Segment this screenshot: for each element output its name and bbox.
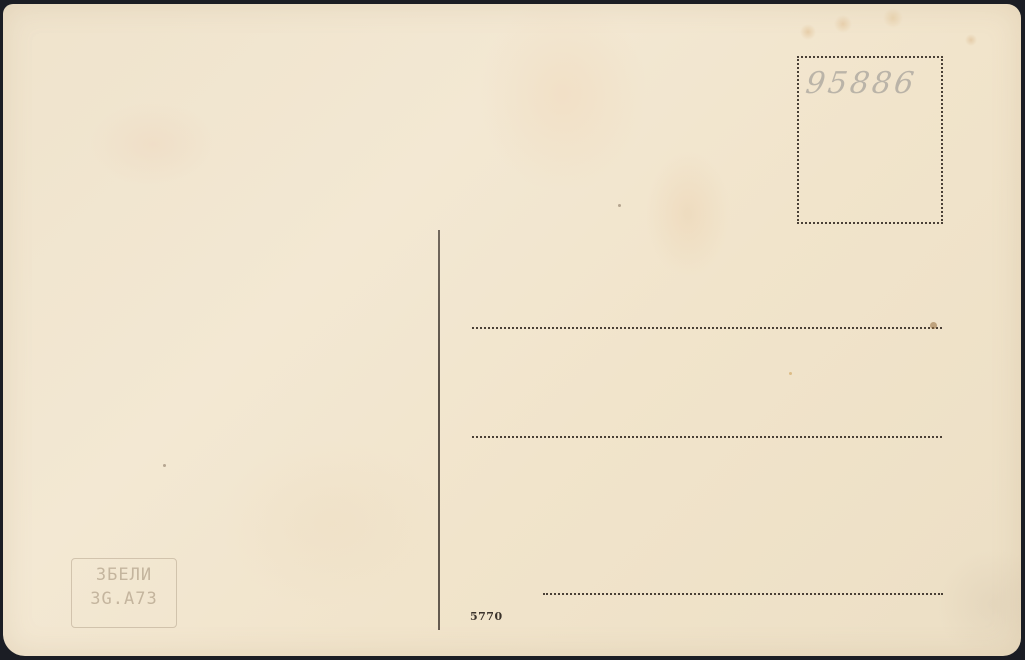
print-number: 5770 <box>470 610 503 623</box>
foxing-spot <box>618 204 621 207</box>
postcard-back: 95886 5770 ЗБЕЛИ 3G.A73 <box>3 4 1021 656</box>
address-line-3 <box>543 593 943 595</box>
foxing-spot <box>930 322 937 329</box>
embossed-stamp-mark: ЗБЕЛИ 3G.A73 <box>71 558 177 628</box>
embossed-stamp-line-1: ЗБЕЛИ <box>72 565 176 585</box>
foxing-spot <box>163 464 166 467</box>
address-line-1 <box>472 327 942 329</box>
pencil-annotation: 95886 <box>804 66 919 101</box>
vertical-divider-line <box>438 230 440 630</box>
embossed-stamp-line-2: 3G.A73 <box>72 589 176 609</box>
address-line-2 <box>472 436 942 438</box>
foxing-spot <box>789 372 792 375</box>
